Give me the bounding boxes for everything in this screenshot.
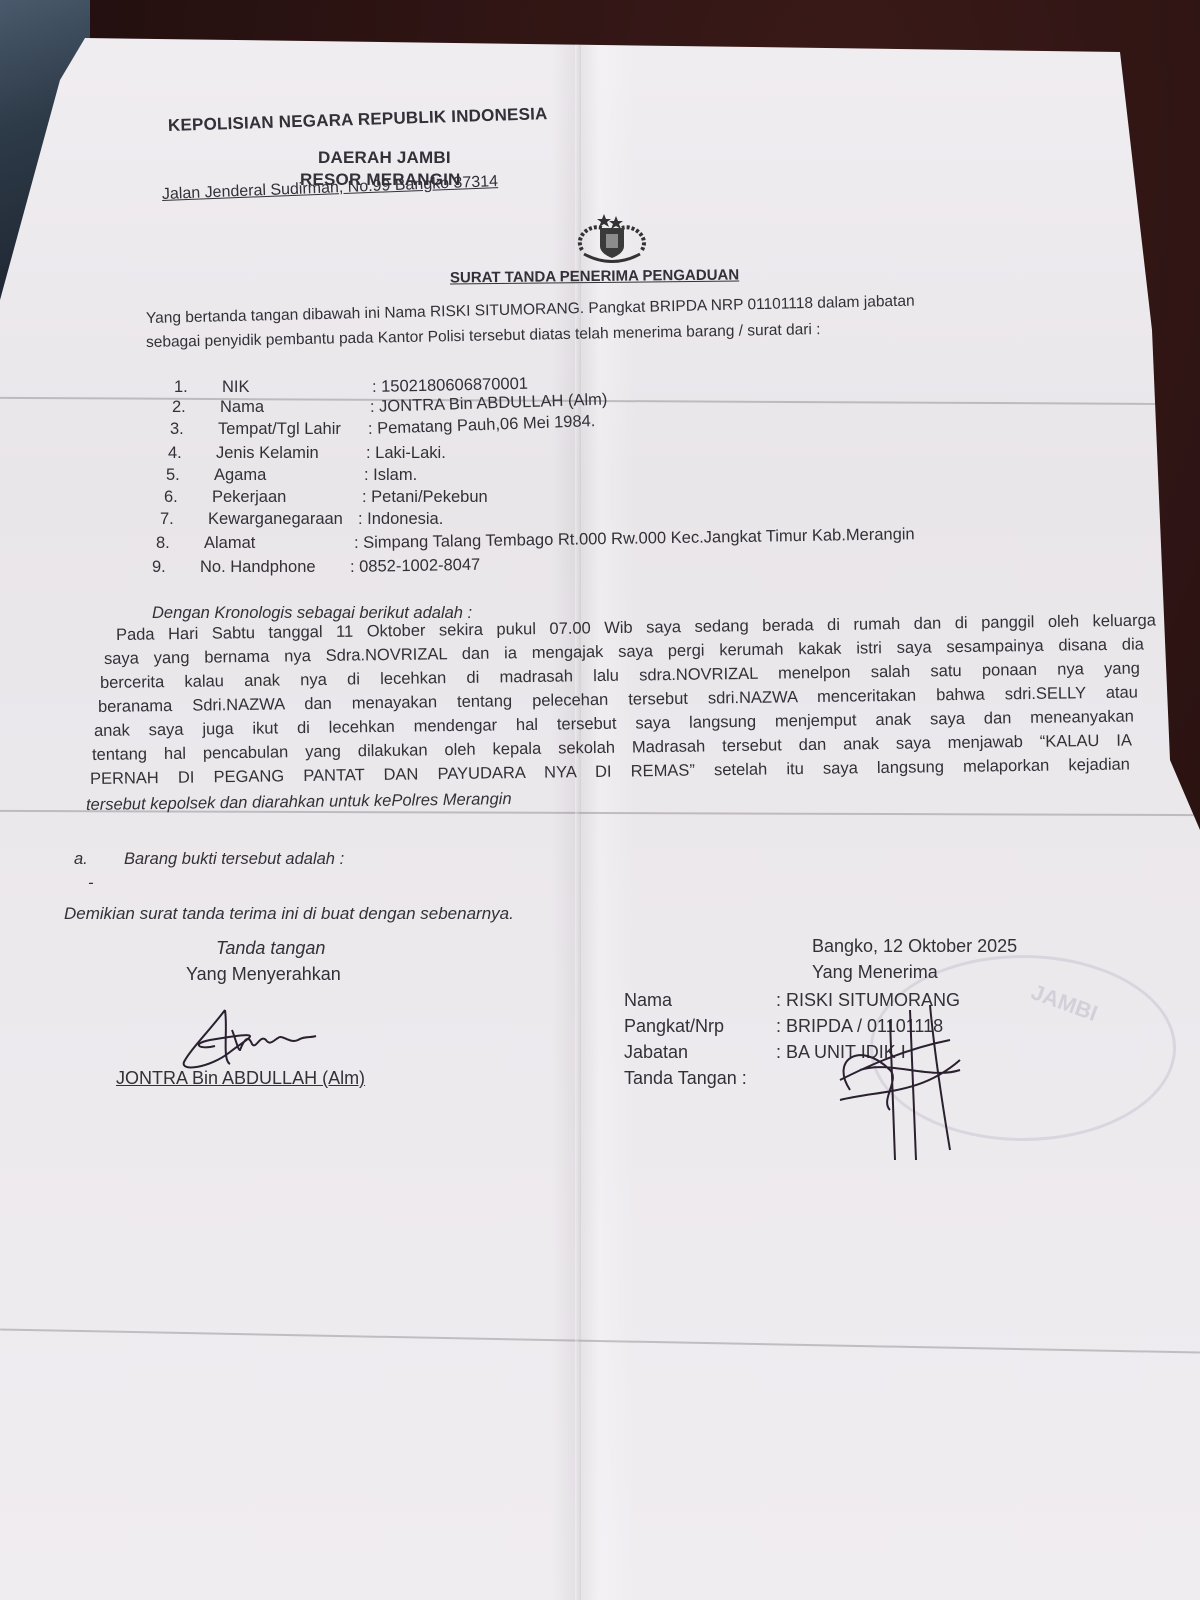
field-number: 5. — [166, 466, 214, 485]
field-value: : Laki-Laki. — [366, 444, 446, 463]
field-number: 6. — [164, 488, 212, 507]
institution-name: KEPOLISIAN NEGARA REPUBLIK INDONESIA — [168, 104, 548, 136]
field-value: : Islam. — [364, 466, 417, 485]
field-number: 7. — [160, 510, 208, 529]
evidence-value: - — [88, 874, 94, 893]
field-row: 5.Agama: Islam. — [166, 466, 417, 485]
field-row: 7.Kewarganegaraan: Indonesia. — [160, 510, 443, 529]
evidence-marker: a. — [74, 850, 88, 869]
field-label: Jenis Kelamin — [216, 444, 366, 463]
place-date: Bangko, 12 Oktober 2025 — [812, 936, 1017, 957]
field-label: Nama — [220, 398, 370, 417]
field-row: 9.No. Handphone: 0852-1002-8047 — [152, 558, 480, 577]
field-label: No. Handphone — [200, 558, 350, 577]
field-row: 3.Tempat/Tgl Lahir: Pematang Pauh,06 Mei… — [170, 420, 596, 439]
left-sign-heading-1: Tanda tangan — [216, 938, 325, 959]
field-row: 8.Alamat: Simpang Talang Tembago Rt.000 … — [156, 534, 915, 553]
document-title: SURAT TANDA PENERIMA PENGADUAN — [450, 266, 739, 286]
police-emblem-icon — [572, 210, 652, 266]
evidence-label: Barang bukti tersebut adalah : — [124, 850, 344, 869]
receiver-label: Jabatan — [624, 1042, 688, 1063]
field-row: 6.Pekerjaan: Petani/Pekebun — [164, 488, 488, 507]
field-number: 9. — [152, 558, 200, 577]
right-sign-heading: Yang Menerima — [812, 962, 938, 983]
field-label: Alamat — [204, 534, 354, 553]
field-value: : Indonesia. — [358, 510, 443, 529]
signature-riski — [820, 1000, 990, 1170]
receiver-label: Tanda Tangan : — [624, 1068, 747, 1089]
chronology-line: tersebut kepolsek dan diarahkan untuk ke… — [86, 790, 512, 815]
left-signer-name: JONTRA Bin ABDULLAH (Alm) — [116, 1068, 365, 1089]
field-value: : 0852-1002-8047 — [350, 556, 481, 577]
field-label: Tempat/Tgl Lahir — [218, 420, 368, 439]
signature-jontra — [170, 1000, 360, 1075]
field-value: : Petani/Pekebun — [362, 488, 488, 507]
field-number: 1. — [174, 378, 222, 397]
chronology-heading: Dengan Kronologis sebagai berikut adalah… — [152, 604, 472, 623]
field-number: 4. — [168, 444, 216, 463]
closing-statement: Demikian surat tanda terima ini di buat … — [64, 904, 514, 924]
document: KEPOLISIAN NEGARA REPUBLIK INDONESIA DAE… — [0, 0, 1200, 1600]
field-label: Kewarganegaraan — [208, 510, 358, 529]
receiver-label: Nama — [624, 990, 672, 1011]
field-row: 4.Jenis Kelamin: Laki-Laki. — [168, 444, 446, 463]
field-label: NIK — [222, 378, 372, 397]
field-number: 3. — [170, 420, 218, 439]
left-sign-heading-2: Yang Menyerahkan — [186, 964, 341, 985]
field-number: 2. — [172, 398, 220, 417]
field-number: 8. — [156, 534, 204, 553]
field-label: Agama — [214, 466, 364, 485]
receiver-label: Pangkat/Nrp — [624, 1016, 724, 1037]
field-value: : Simpang Talang Tembago Rt.000 Rw.000 K… — [354, 525, 915, 553]
field-label: Pekerjaan — [212, 488, 362, 507]
region-name: DAERAH JAMBI — [318, 148, 451, 168]
